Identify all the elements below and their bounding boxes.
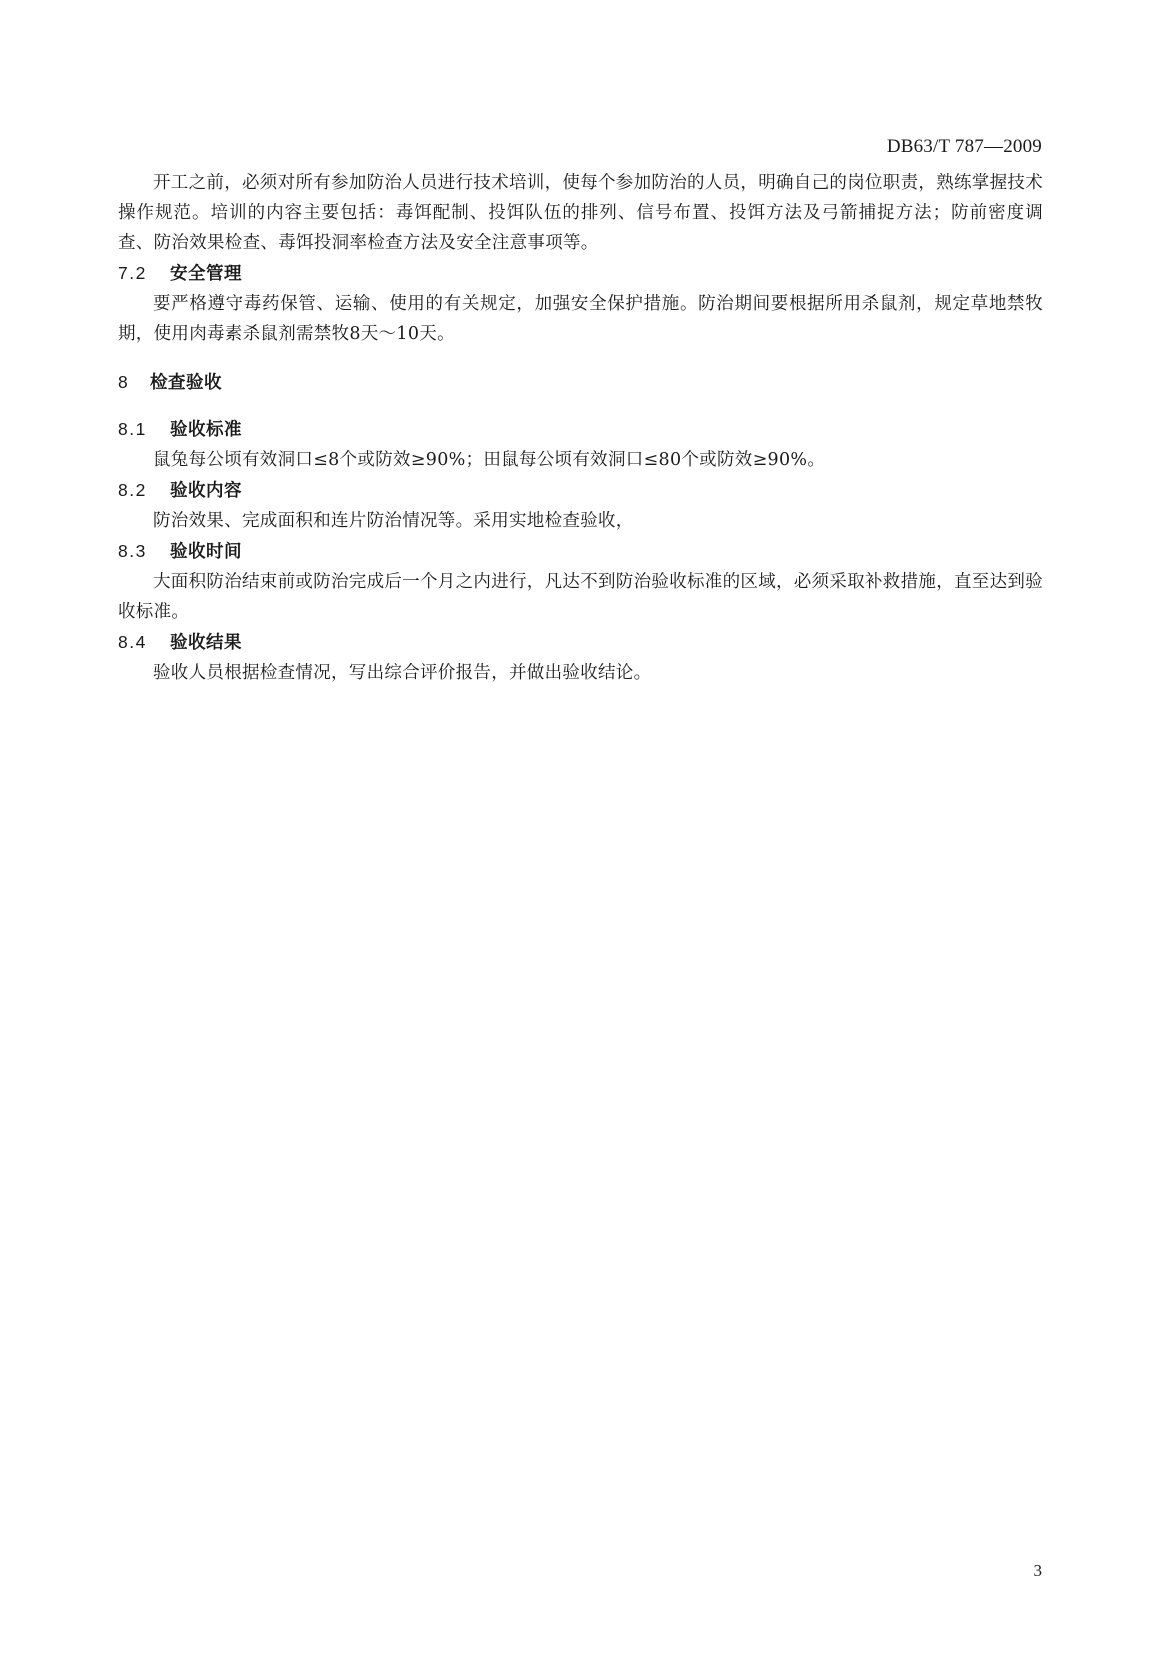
chapter-title: 检查验收: [150, 368, 222, 398]
page-number: 3: [1034, 1561, 1043, 1581]
section-8-3-heading: 8.3 验收时间: [118, 536, 1043, 567]
intro-paragraph: 开工之前，必须对所有参加防治人员进行技术培训，使每个参加防治的人员，明确自己的岗…: [118, 168, 1043, 258]
document-page: DB63/T 787—2009 开工之前，必须对所有参加防治人员进行技术培训，使…: [0, 0, 1160, 1661]
section-number: 8.4: [118, 627, 170, 657]
section-title: 验收标准: [170, 415, 242, 445]
section-number: 8.3: [118, 536, 170, 566]
section-8-4-body: 验收人员根据检查情况，写出综合评价报告，并做出验收结论。: [118, 658, 1043, 688]
section-number: 8.1: [118, 414, 170, 444]
document-code: DB63/T 787—2009: [887, 136, 1042, 158]
section-8-2-body: 防治效果、完成面积和连片防治情况等。采用实地检查验收，: [118, 506, 1043, 536]
section-7-2-body: 要严格遵守毒药保管、运输、使用的有关规定，加强安全保护措施。防治期间要根据所用杀…: [118, 289, 1043, 349]
section-number: 7.2: [118, 258, 170, 288]
section-title: 验收内容: [170, 476, 242, 506]
chapter-number: 8: [118, 367, 150, 397]
section-8-2-heading: 8.2 验收内容: [118, 475, 1043, 506]
section-title: 验收时间: [170, 537, 242, 567]
section-title: 安全管理: [170, 259, 242, 289]
page-content: 开工之前，必须对所有参加防治人员进行技术培训，使每个参加防治的人员，明确自己的岗…: [118, 168, 1043, 688]
section-number: 8.2: [118, 475, 170, 505]
section-title: 验收结果: [170, 628, 242, 658]
section-7-2-heading: 7.2 安全管理: [118, 258, 1043, 289]
section-8-3-body: 大面积防治结束前或防治完成后一个月之内进行，凡达不到防治验收标准的区域，必须采取…: [118, 567, 1043, 627]
section-8-4-heading: 8.4 验收结果: [118, 627, 1043, 658]
section-8-1-body: 鼠兔每公顷有效洞口≤8个或防效≥90%；田鼠每公顷有效洞口≤80个或防效≥90%…: [118, 445, 1043, 475]
section-8-1-heading: 8.1 验收标准: [118, 414, 1043, 445]
chapter-8-heading: 8 检查验收: [118, 367, 1043, 398]
